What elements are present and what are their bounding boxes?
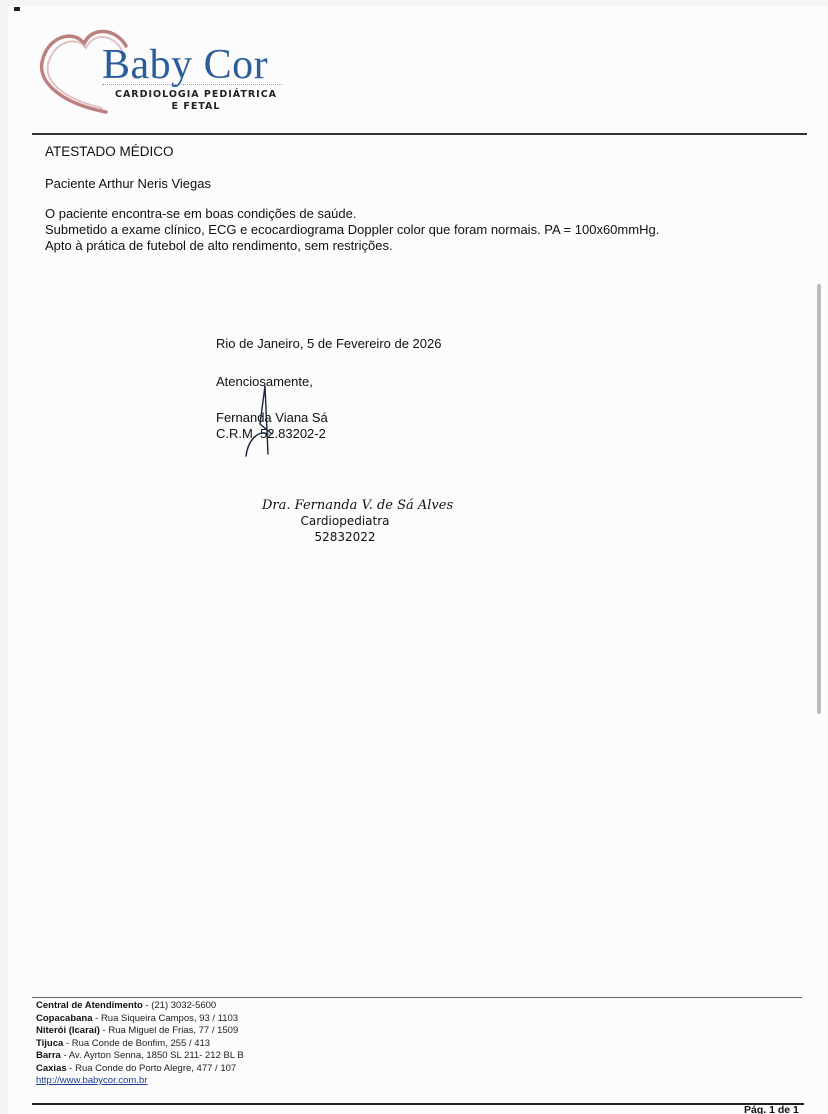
place-date: Rio de Janeiro, 5 de Fevereiro de 2026 xyxy=(216,336,441,352)
footer-label: Central de Atendimento xyxy=(36,1000,143,1011)
footer-line: Copacabana - Rua Siqueira Campos, 93 / 1… xyxy=(36,1013,244,1026)
footer-label: Tijuca xyxy=(36,1038,63,1049)
footer-line: Tijuca - Rua Conde de Bonfim, 255 / 413 xyxy=(36,1038,244,1051)
document-page xyxy=(8,6,828,1114)
footer-line: Central de Atendimento - (21) 3032-5600 xyxy=(36,1000,244,1013)
body-line-1: O paciente encontra-se em boas condições… xyxy=(45,206,356,222)
babycor-logo: Baby Cor CARDIOLOGIA PEDIÁTRICA E FETAL xyxy=(36,24,306,120)
footer-text: - Rua Conde de Bonfim, 255 / 413 xyxy=(63,1038,210,1049)
footer-label: Barra xyxy=(36,1050,61,1061)
footer-text: - Av. Ayrton Senna, 1850 SL 211- 212 BL … xyxy=(61,1050,244,1061)
website-link[interactable]: http://www.babycor.com.br xyxy=(36,1075,147,1086)
footer-line: Niterói (Icaraí) - Rua Miguel de Frias, … xyxy=(36,1025,244,1038)
corner-mark xyxy=(14,7,20,11)
doctor-stamp: Dra. Fernanda V. de Sá Alves Cardiopedia… xyxy=(270,498,420,545)
footer-rule xyxy=(32,997,802,998)
footer-line: Barra - Av. Ayrton Senna, 1850 SL 211- 2… xyxy=(36,1050,244,1063)
header-rule xyxy=(32,133,807,135)
footer-text: - Rua Conde do Porto Alegre, 477 / 107 xyxy=(67,1063,237,1074)
page-indicator: Pág. 1 de 1 xyxy=(744,1104,799,1114)
patient-name: Paciente Arthur Neris Viegas xyxy=(45,176,211,192)
footer-text: - Rua Siqueira Campos, 93 / 1103 xyxy=(93,1013,239,1024)
vertical-scrollbar[interactable] xyxy=(817,284,821,714)
body-line-2: Submetido a exame clínico, ECG e ecocard… xyxy=(45,222,659,238)
footer-text: - (21) 3032-5600 xyxy=(143,1000,216,1011)
stamp-number: 52832022 xyxy=(270,529,420,545)
footer-text: - Rua Miguel de Frias, 77 / 1509 xyxy=(100,1025,238,1036)
brand-name: Baby Cor xyxy=(102,44,268,86)
brand-subtitle-line2: E FETAL xyxy=(106,101,286,113)
bottom-rule xyxy=(32,1103,804,1105)
stamp-name: Dra. Fernanda V. de Sá Alves xyxy=(262,498,420,513)
footer-line: Caxias - Rua Conde do Porto Alegre, 477 … xyxy=(36,1063,244,1076)
body-line-3: Apto à prática de futebol de alto rendim… xyxy=(45,238,393,254)
document-title: ATESTADO MÉDICO xyxy=(45,144,174,160)
footer-label: Niterói (Icaraí) xyxy=(36,1025,100,1036)
stamp-specialty: Cardiopediatra xyxy=(270,513,420,529)
logo-divider xyxy=(102,84,282,85)
footer-addresses: Central de Atendimento - (21) 3032-5600 … xyxy=(36,1000,244,1088)
footer-label: Caxias xyxy=(36,1063,67,1074)
brand-subtitle-line1: CARDIOLOGIA PEDIÁTRICA xyxy=(106,89,286,101)
brand-subtitle: CARDIOLOGIA PEDIÁTRICA E FETAL xyxy=(106,89,286,113)
footer-label: Copacabana xyxy=(36,1013,93,1024)
handwritten-signature-icon xyxy=(232,384,282,464)
